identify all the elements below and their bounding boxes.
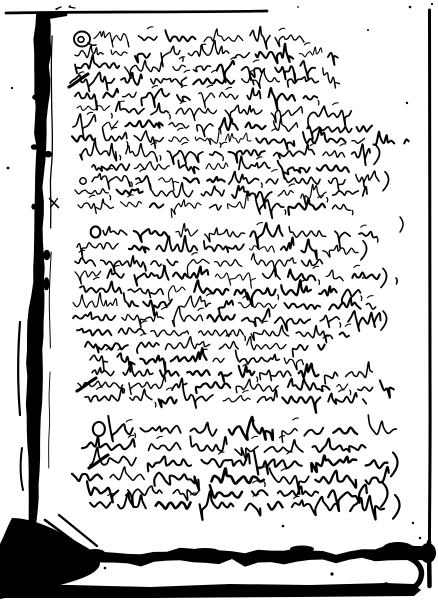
handwriting-word bbox=[207, 315, 235, 322]
handwriting-word bbox=[159, 178, 179, 191]
handwriting-word bbox=[269, 88, 295, 110]
handwriting-word bbox=[242, 309, 270, 327]
handwriting-word bbox=[194, 66, 211, 72]
handwriting-word bbox=[103, 121, 118, 128]
handwriting-word bbox=[92, 368, 114, 376]
handwriting-word bbox=[289, 227, 326, 238]
handwritten-line bbox=[74, 27, 304, 49]
handwriting-word bbox=[156, 236, 197, 252]
handwriting-word bbox=[101, 256, 146, 272]
handwritten-line bbox=[92, 362, 372, 384]
handwriting-word bbox=[156, 502, 191, 509]
handwriting-word bbox=[246, 122, 266, 129]
handwriting-word bbox=[195, 128, 221, 145]
diacritic-stroke bbox=[257, 223, 263, 225]
diacritic-stroke bbox=[279, 28, 285, 30]
right-margin-flourish bbox=[400, 217, 403, 232]
handwriting-word bbox=[260, 370, 291, 380]
handwriting-word bbox=[77, 329, 111, 336]
comma-mark bbox=[361, 296, 362, 301]
ink-speck bbox=[409, 6, 412, 9]
ink-speck bbox=[330, 572, 333, 575]
comma-mark bbox=[285, 210, 286, 215]
handwriting-word bbox=[219, 342, 238, 350]
diacritic-stroke bbox=[179, 57, 185, 59]
diacritic-stroke bbox=[79, 72, 85, 74]
handwriting-word bbox=[264, 440, 303, 452]
comma-mark bbox=[222, 156, 223, 161]
comma-mark bbox=[352, 210, 353, 215]
comma-mark bbox=[155, 402, 156, 407]
ink-speck bbox=[282, 525, 285, 528]
handwriting-word bbox=[210, 205, 222, 211]
handwriting-word bbox=[251, 326, 288, 341]
handwriting-word bbox=[356, 171, 380, 187]
handwriting-word bbox=[350, 496, 384, 520]
handwriting-word bbox=[77, 106, 110, 111]
diacritic-stroke bbox=[221, 142, 227, 144]
diacritic-stroke bbox=[226, 87, 232, 89]
handwriting-word bbox=[288, 77, 319, 87]
handwriting-word bbox=[126, 144, 158, 162]
comma-mark bbox=[120, 155, 121, 160]
right-margin-comma bbox=[396, 278, 397, 284]
handwriting-word bbox=[193, 78, 234, 84]
diacritic-stroke bbox=[294, 496, 300, 498]
line-end-flourish bbox=[381, 268, 387, 287]
handwriting-word bbox=[116, 102, 144, 114]
comma-mark bbox=[110, 195, 111, 200]
ink-speck bbox=[367, 29, 369, 31]
handwriting-word bbox=[78, 199, 113, 213]
handwriting-word bbox=[282, 397, 320, 413]
handwriting-word bbox=[87, 481, 118, 502]
initial-letter bbox=[91, 226, 101, 237]
handwriting-word bbox=[73, 114, 96, 136]
handwriting-word bbox=[160, 370, 179, 376]
handwriting-word bbox=[210, 152, 222, 155]
handwriting-word bbox=[149, 443, 181, 451]
ink-bump bbox=[28, 324, 36, 334]
handwriting-word bbox=[229, 150, 265, 163]
comma-mark bbox=[327, 198, 328, 203]
diacritic-stroke bbox=[253, 60, 258, 62]
handwriting-word bbox=[150, 203, 164, 208]
ink-stroke bbox=[49, 372, 50, 468]
comma-mark bbox=[261, 183, 262, 188]
handwritten-line bbox=[75, 55, 315, 82]
diacritic-stroke bbox=[198, 308, 204, 310]
handwritten-line bbox=[91, 223, 378, 248]
ink-bump bbox=[29, 440, 33, 452]
margin-circle-mark bbox=[80, 178, 86, 184]
comma-mark bbox=[182, 57, 183, 62]
handwriting-word bbox=[103, 128, 127, 141]
handwriting-word bbox=[288, 379, 330, 392]
diacritic-stroke bbox=[126, 420, 132, 422]
handwriting-word bbox=[128, 288, 163, 297]
diacritic-stroke bbox=[253, 481, 259, 483]
handwriting-word bbox=[172, 378, 187, 390]
handwritten-line bbox=[78, 193, 353, 219]
line-end-flourish bbox=[374, 145, 380, 164]
handwriting-word bbox=[80, 140, 116, 160]
handwriting-word bbox=[85, 342, 128, 353]
handwriting-word bbox=[374, 132, 395, 145]
handwriting-word bbox=[332, 204, 350, 210]
ink-speck bbox=[252, 559, 254, 561]
comma-mark bbox=[257, 377, 258, 382]
handwriting-word bbox=[220, 92, 238, 99]
handwriting-word bbox=[103, 89, 118, 98]
handwriting-word bbox=[169, 123, 189, 128]
handwritten-line bbox=[93, 415, 396, 442]
handwriting-word bbox=[187, 370, 210, 376]
handwritten-line bbox=[75, 85, 319, 110]
diacritic-stroke bbox=[287, 452, 293, 454]
handwriting-word bbox=[275, 35, 304, 46]
diacritic-stroke bbox=[166, 388, 172, 390]
handwriting-word bbox=[199, 329, 244, 336]
comma-mark bbox=[220, 143, 221, 148]
ink-speck bbox=[69, 5, 71, 7]
handwriting-word bbox=[197, 124, 213, 137]
comma-mark bbox=[135, 433, 136, 438]
handwriting-word bbox=[299, 364, 319, 378]
ink-stroke bbox=[49, 252, 51, 348]
handwriting-word bbox=[301, 239, 317, 259]
handwriting-word bbox=[122, 312, 164, 327]
diacritic-stroke bbox=[97, 387, 103, 389]
handwriting-word bbox=[329, 298, 361, 310]
handwritten-line bbox=[80, 140, 380, 165]
handwriting-word bbox=[352, 272, 379, 279]
diacritic-stroke bbox=[339, 390, 345, 392]
diacritic-stroke bbox=[293, 418, 299, 420]
handwriting-word bbox=[238, 303, 276, 309]
handwritten-line bbox=[69, 68, 340, 91]
manuscript-page bbox=[0, 0, 438, 600]
handwriting-word bbox=[181, 296, 211, 307]
handwriting-word bbox=[229, 417, 273, 440]
ink-bump bbox=[43, 250, 50, 260]
handwriting-word bbox=[333, 191, 359, 195]
handwriting-word bbox=[239, 156, 270, 169]
comma-mark bbox=[124, 388, 125, 393]
handwriting-word bbox=[140, 356, 165, 372]
handwriting-word bbox=[82, 437, 135, 450]
handwriting-word bbox=[278, 190, 293, 196]
handwriting-word bbox=[135, 54, 150, 63]
handwriting-word bbox=[318, 345, 325, 350]
left-binding-edge bbox=[26, 11, 68, 552]
comma-mark bbox=[127, 142, 128, 147]
handwriting-word bbox=[178, 160, 198, 173]
handwriting-word bbox=[148, 456, 191, 471]
paragraph-1 bbox=[69, 27, 409, 219]
comma-mark bbox=[111, 114, 112, 119]
handwritten-line bbox=[73, 293, 376, 316]
handwriting-word bbox=[123, 92, 137, 97]
diacritic-stroke bbox=[231, 57, 237, 59]
handwriting-word bbox=[263, 267, 281, 279]
handwriting-word bbox=[90, 355, 107, 371]
bottom-scan-edge bbox=[0, 583, 421, 598]
handwriting-word bbox=[176, 224, 198, 237]
handwriting-word bbox=[154, 473, 199, 490]
handwriting-word bbox=[123, 363, 153, 376]
handwriting-word bbox=[340, 333, 349, 337]
comma-mark bbox=[264, 482, 265, 487]
handwriting-word bbox=[151, 78, 187, 87]
handwriting-word bbox=[308, 106, 351, 128]
handwriting-word bbox=[304, 428, 323, 436]
handwriting-word bbox=[284, 303, 320, 309]
paragraph-2 bbox=[73, 223, 394, 413]
handwriting-word bbox=[333, 428, 357, 435]
handwriting-word bbox=[215, 260, 242, 267]
diacritic-stroke bbox=[354, 265, 360, 267]
handwriting-word bbox=[288, 199, 325, 215]
handwriting-word bbox=[317, 165, 349, 172]
line-end-flourish bbox=[383, 172, 389, 191]
handwritten-line bbox=[77, 236, 367, 260]
ink-specks bbox=[7, 3, 434, 576]
handwriting-word bbox=[190, 436, 226, 451]
handwriting-word bbox=[229, 171, 259, 184]
comma-mark bbox=[350, 390, 351, 395]
handwriting-word bbox=[257, 390, 277, 402]
ink-speck bbox=[11, 87, 13, 89]
diacritic-stroke bbox=[289, 184, 295, 186]
ink-speck bbox=[419, 537, 421, 539]
line-end-flourish bbox=[393, 495, 400, 519]
handwriting-word bbox=[299, 47, 322, 57]
handwriting-word bbox=[75, 189, 108, 194]
diacritic-stroke bbox=[361, 225, 367, 227]
handwriting-word bbox=[134, 266, 168, 286]
handwriting-word bbox=[247, 88, 260, 99]
ink-stroke bbox=[429, 10, 430, 586]
handwriting-word bbox=[129, 376, 166, 394]
handwriting-word bbox=[141, 89, 169, 107]
diacritic-stroke bbox=[192, 253, 198, 255]
handwriting-word bbox=[328, 393, 357, 404]
handwriting-word bbox=[366, 467, 389, 484]
handwriting-word bbox=[176, 108, 217, 120]
diacritic-stroke bbox=[333, 103, 339, 105]
handwriting-word bbox=[134, 131, 163, 148]
handwriting-word bbox=[159, 397, 177, 407]
diacritic-stroke bbox=[147, 27, 153, 29]
handwriting-word bbox=[281, 280, 311, 295]
page-edge-sliver bbox=[21, 448, 23, 490]
handwriting-word bbox=[223, 396, 250, 402]
ink-bump bbox=[44, 277, 50, 290]
ink-speck bbox=[412, 522, 414, 524]
handwriting-word bbox=[288, 270, 315, 281]
handwriting-word bbox=[363, 187, 367, 196]
handwriting-word bbox=[239, 366, 255, 377]
handwriting-word bbox=[171, 348, 207, 361]
handwriting-word bbox=[293, 345, 308, 357]
handwriting-word bbox=[204, 241, 244, 252]
handwriting-word bbox=[296, 326, 332, 343]
diacritic-stroke bbox=[178, 128, 184, 130]
handwriting-word bbox=[245, 503, 260, 515]
handwritten-line bbox=[77, 321, 351, 343]
handwritten-line bbox=[77, 376, 394, 397]
ink-speck bbox=[297, 6, 299, 8]
handwriting-word bbox=[184, 178, 199, 183]
diacritic-stroke bbox=[218, 452, 224, 454]
handwriting-word bbox=[191, 423, 217, 436]
handwriting-word bbox=[207, 177, 224, 182]
handwriting-word bbox=[225, 133, 251, 143]
handwriting-word bbox=[329, 178, 346, 190]
diacritic-stroke bbox=[243, 391, 249, 393]
page-edge-sliver bbox=[18, 322, 20, 415]
diacritic-stroke bbox=[281, 469, 287, 471]
diacritic-stroke bbox=[368, 296, 374, 298]
handwriting-word bbox=[328, 53, 338, 65]
handwriting-word bbox=[173, 267, 208, 279]
handwriting-word bbox=[249, 246, 274, 253]
handwriting-word bbox=[313, 438, 366, 452]
diacritic-stroke bbox=[257, 157, 263, 159]
handwriting-word bbox=[271, 107, 302, 124]
diacritic-stroke bbox=[141, 321, 147, 323]
manuscript-scan bbox=[0, 0, 438, 600]
comma-mark bbox=[278, 295, 279, 300]
handwriting-word bbox=[205, 228, 245, 242]
comma-mark bbox=[340, 323, 341, 328]
scan-edges bbox=[0, 7, 436, 599]
handwriting-word bbox=[404, 139, 408, 143]
handwriting-word bbox=[117, 189, 143, 194]
diacritic-stroke bbox=[87, 112, 93, 114]
diacritic-stroke bbox=[89, 195, 95, 197]
handwriting-word bbox=[307, 126, 352, 138]
handwriting-word bbox=[352, 144, 370, 165]
handwriting-word bbox=[359, 232, 377, 238]
comma-mark bbox=[169, 114, 170, 119]
handwritten-line bbox=[87, 481, 388, 511]
handwritten-line bbox=[73, 306, 387, 331]
handwriting-word bbox=[73, 312, 115, 320]
ink-speck bbox=[362, 277, 364, 279]
handwriting-word bbox=[172, 306, 202, 326]
diacritic-stroke bbox=[310, 144, 316, 146]
handwriting-word bbox=[363, 399, 366, 404]
handwriting-word bbox=[152, 183, 193, 198]
handwriting-word bbox=[119, 328, 146, 334]
handwriting-word bbox=[126, 120, 163, 128]
ink-stroke bbox=[396, 278, 397, 284]
handwriting-word bbox=[302, 259, 323, 266]
diacritic-stroke bbox=[304, 43, 310, 45]
handwriting-word bbox=[275, 317, 311, 330]
comma-mark bbox=[377, 238, 378, 243]
handwriting-word bbox=[75, 55, 119, 73]
ink-speck bbox=[431, 3, 433, 5]
handwriting-word bbox=[284, 358, 303, 370]
edge-lump bbox=[191, 548, 219, 554]
handwriting-word bbox=[167, 151, 202, 165]
diacritic-stroke bbox=[345, 324, 351, 326]
handwriting-word bbox=[75, 258, 95, 266]
diacritic-stroke bbox=[94, 278, 100, 280]
ink-bump bbox=[32, 95, 37, 100]
handwritten-line bbox=[75, 265, 387, 288]
handwriting-word bbox=[300, 61, 315, 79]
ink-bump bbox=[44, 151, 52, 158]
edge-lump bbox=[290, 546, 314, 553]
handwriting-word bbox=[177, 95, 190, 101]
handwriting-word bbox=[215, 273, 255, 288]
ink-bump bbox=[31, 144, 38, 150]
decorated-initial-inner bbox=[78, 37, 84, 43]
handwriting-word bbox=[323, 68, 340, 88]
handwriting-word bbox=[285, 177, 320, 184]
handwriting-word bbox=[107, 269, 124, 278]
handwriting-word bbox=[219, 372, 232, 381]
handwriting-word bbox=[134, 229, 169, 242]
handwriting-word bbox=[92, 164, 129, 171]
handwriting-word bbox=[110, 467, 144, 480]
ink-speck bbox=[406, 102, 408, 104]
handwriting-word bbox=[219, 118, 238, 130]
diacritic-stroke bbox=[182, 143, 188, 145]
handwritten-line bbox=[92, 169, 389, 191]
line-end-flourish bbox=[391, 453, 398, 477]
handwriting-word bbox=[201, 186, 224, 196]
handwriting-word bbox=[301, 184, 326, 204]
handwriting-word bbox=[72, 474, 102, 481]
handwriting-word bbox=[111, 50, 127, 55]
handwriting-word bbox=[337, 384, 348, 389]
handwriting-word bbox=[151, 330, 189, 337]
handwriting-word bbox=[278, 161, 310, 179]
handwritten-line bbox=[90, 348, 303, 372]
handwriting-word bbox=[173, 65, 186, 70]
ink-speck bbox=[104, 567, 107, 570]
initial-letter bbox=[93, 422, 105, 436]
handwriting-word bbox=[194, 280, 228, 294]
handwritten-line bbox=[72, 467, 389, 494]
diacritic-stroke bbox=[152, 86, 158, 88]
handwriting-word bbox=[319, 286, 337, 295]
handwriting-word bbox=[92, 174, 130, 190]
handwriting-word bbox=[173, 490, 199, 501]
diacritic-stroke bbox=[162, 307, 168, 309]
handwriting-word bbox=[366, 460, 388, 468]
diacritic-stroke bbox=[272, 170, 278, 172]
handwriting-word bbox=[124, 293, 138, 307]
paragraph-3 bbox=[72, 415, 400, 520]
handwriting-word bbox=[103, 227, 127, 236]
handwriting-word bbox=[325, 372, 338, 384]
handwriting-word bbox=[255, 196, 283, 219]
handwriting-word bbox=[169, 137, 189, 142]
handwriting-word bbox=[311, 455, 356, 472]
diacritic-stroke bbox=[157, 436, 163, 438]
handwriting-word bbox=[352, 138, 365, 143]
handwriting-word bbox=[165, 30, 195, 41]
handwriting-word bbox=[213, 358, 224, 362]
diacritic-stroke bbox=[252, 436, 257, 438]
line-end-flourish bbox=[381, 311, 387, 330]
